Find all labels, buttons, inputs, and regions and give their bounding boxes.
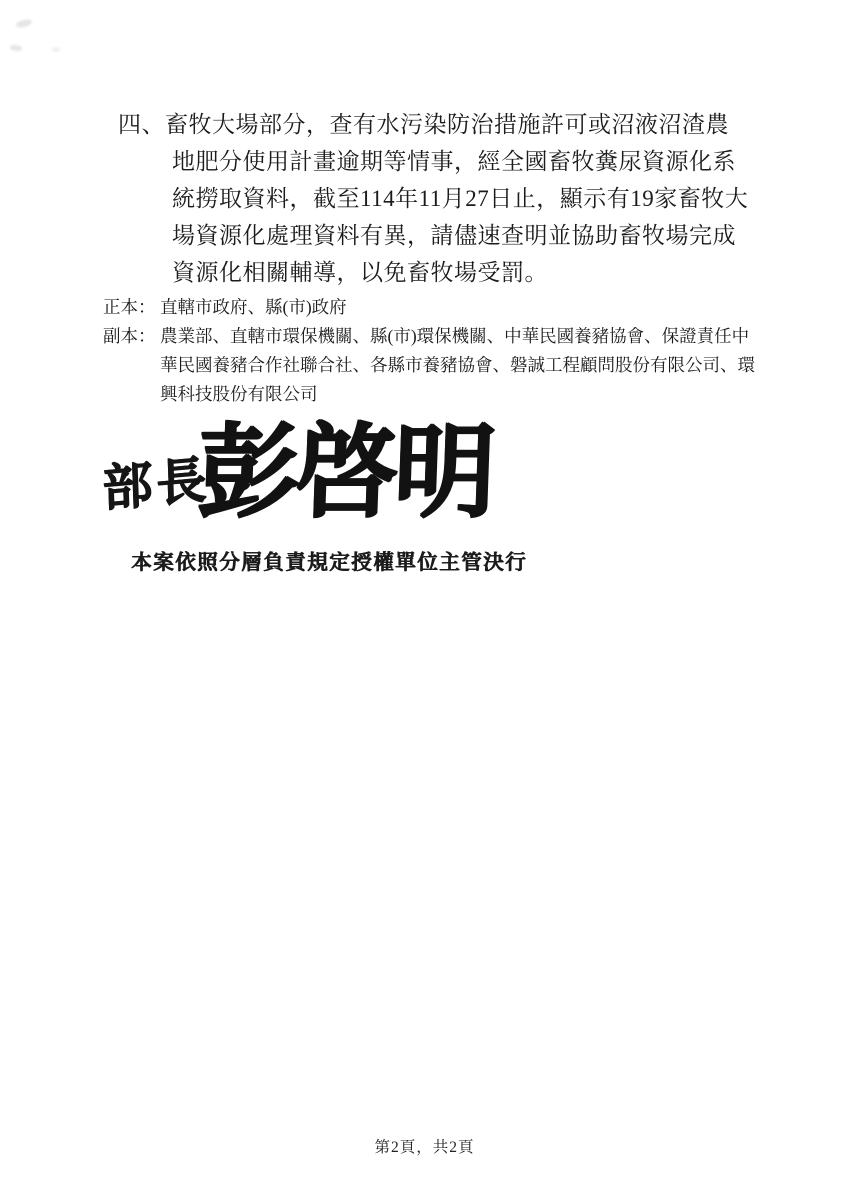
item-number-marker: 四、: [118, 106, 165, 143]
scan-artifact: [10, 44, 23, 52]
body-paragraph-item-4: 四、畜牧大場部分，查有水污染防治措施許可或沼液沼渣農 地肥分使用計畫逾期等情事，…: [118, 106, 768, 291]
signature-name-calligraphy: 彭啓明: [195, 413, 493, 535]
original-recipient-value: 直轄市政府、縣(市)政府: [160, 293, 347, 322]
paragraph-line: 地肥分使用計畫逾期等情事，經全國畜牧糞尿資源化系: [118, 143, 768, 180]
paragraph-line: 四、畜牧大場部分，查有水污染防治措施許可或沼液沼渣農: [118, 106, 768, 143]
copy-recipient-line: 華民國養豬合作社聯合社、各縣市養豬協會、磐誠工程顧問股份有限公司、環: [160, 351, 755, 380]
original-recipient-row: 正本： 直轄市政府、縣(市)政府: [103, 293, 773, 322]
paragraph-line: 場資源化處理資料有異，請儘速查明並協助畜牧場完成: [118, 217, 768, 254]
copy-recipient-value: 農業部、直轄市環保機關、縣(市)環保機關、中華民國養豬協會、保證責任中 華民國養…: [160, 322, 755, 409]
scan-artifact: [52, 47, 60, 52]
paragraph-line: 統撈取資料，截至114年11月27日止，顯示有19家畜牧大: [118, 180, 768, 217]
paragraph-text: 畜牧大場部分，查有水污染防治措施許可或沼液沼渣農: [165, 106, 729, 143]
recipients-block: 正本： 直轄市政府、縣(市)政府 副本： 農業部、直轄市環保機關、縣(市)環保機…: [103, 293, 773, 409]
copy-recipient-line: 農業部、直轄市環保機關、縣(市)環保機關、中華民國養豬協會、保證責任中: [160, 322, 755, 351]
paragraph-line: 資源化相關輔導，以免畜牧場受罰。: [118, 254, 768, 291]
copy-recipient-label: 副本：: [103, 322, 160, 351]
scanned-official-document-page: 四、畜牧大場部分，查有水污染防治措施許可或沼液沼渣農 地肥分使用計畫逾期等情事，…: [0, 0, 849, 1200]
scan-artifact: [15, 18, 32, 29]
copy-recipient-line: 興科技股份有限公司: [160, 380, 755, 409]
delegation-authorization-note: 本案依照分層負責規定授權單位主管決行: [131, 545, 527, 575]
copy-recipient-row: 副本： 農業部、直轄市環保機關、縣(市)環保機關、中華民國養豬協會、保證責任中 …: [103, 322, 773, 409]
signature-title-minister: 部長: [101, 439, 211, 520]
page-number-indicator: 第2頁，共2頁: [0, 1135, 849, 1157]
original-recipient-label: 正本：: [103, 293, 160, 322]
